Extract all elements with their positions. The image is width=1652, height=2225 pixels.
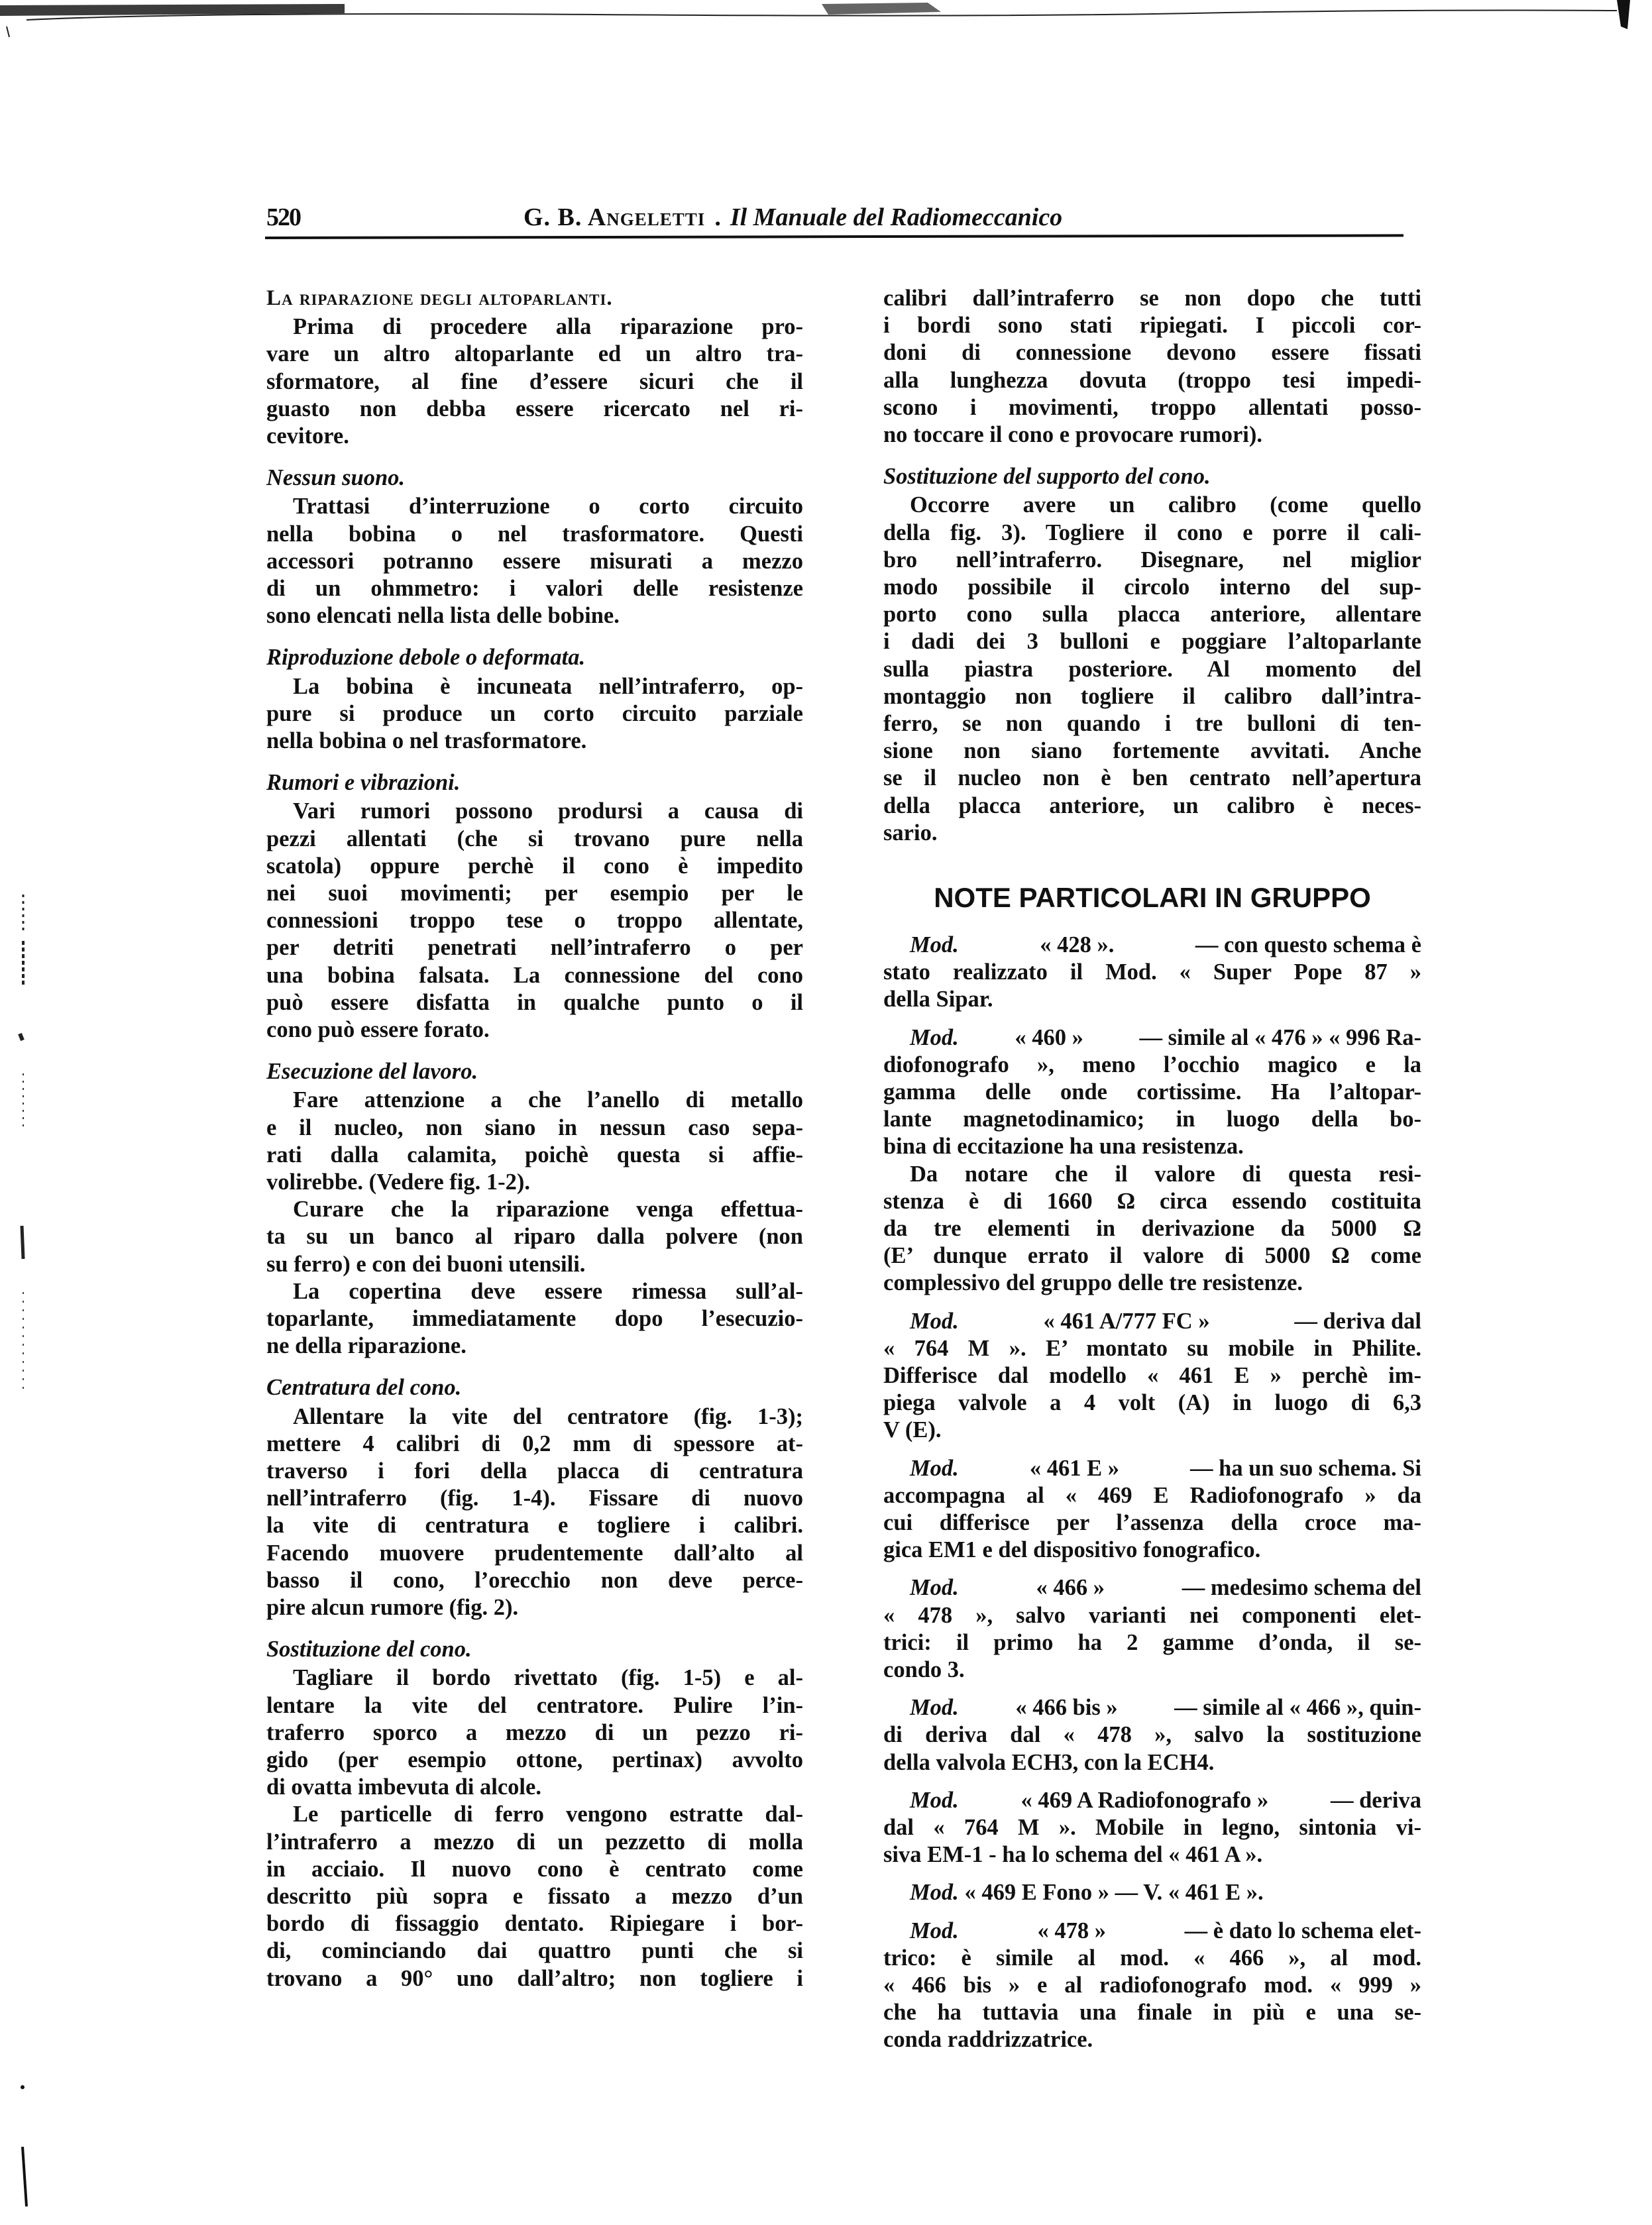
text-line: lentare la vite del centratore. Pulire l… [266,1692,803,1719]
text-line: gamma delle onde cortissime. Ha l’altopa… [883,1079,1421,1106]
text-line: conda raddrizzatrice. [883,2026,1421,2053]
text-line: Da notare che il valore di questa resi- [883,1161,1421,1188]
text-line: dal « 764 M ». Mobile in legno, sintonia… [883,1814,1421,1841]
text-line: traverso i fori della placca di centratu… [266,1458,803,1485]
text-line: bordo di fissaggio dentato. Ripiegare i … [266,1910,803,1937]
text-line: traferro sporco a mezzo di un pezzo ri- [266,1719,803,1747]
text-line: su ferro) e con dei buoni utensili. [266,1251,803,1278]
text-line: stato realizzato il Mod. « Super Pope 87… [883,959,1421,986]
model-number: « 428 ». [1034,932,1115,959]
text-line: i dadi dei 3 bulloni e poggiare l’altopa… [883,628,1421,655]
subsection-heading: Riproduzione debole o deformata. [266,644,803,671]
model-description: — deriva [1325,1787,1421,1814]
text-line: della valvola ECH3, con la ECH4. [883,1749,1421,1776]
model-label: Mod. [910,1787,959,1814]
text-line: Tagliare il bordo rivettato (fig. 1-5) e… [266,1664,803,1692]
text-line: diofonografo », meno l’occhio magico e l… [883,1052,1421,1079]
subsection-heading: Esecuzione del lavoro. [266,1058,803,1085]
text-line: pezzi allentati (che si trovano pure nel… [266,826,803,853]
text-line: mettere 4 calibri di 0,2 mm di spessore … [266,1431,803,1458]
model-description: — medesimo schema del [1176,1574,1421,1601]
text-line: « 466 bis » e al radiofonografo mod. « 9… [883,1972,1421,1999]
model-label: Mod. [910,932,959,959]
text-line: alla lunghezza dovuta (troppo tesi imped… [883,367,1421,394]
section-title: La riparazione degli altoparlanti. [266,285,803,312]
text-line: Le particelle di ferro vengono estratte … [266,1801,803,1828]
author-name: G. B. Angeletti [523,203,705,231]
text-line: ta su un banco al riparo dalla polvere (… [266,1223,803,1250]
text-line: Occorre avere un calibro (come quello [883,492,1421,519]
model-note-first-line: Mod. « 469 A Radiofonografo » — deriva [883,1787,1421,1814]
page-number: 520 [266,203,300,232]
model-label: Mod. [910,1879,959,1906]
text-line: siva EM-1 - ha lo schema del « 461 A ». [883,1841,1421,1869]
text-line: pure si produce un corto circuito parzia… [266,700,803,728]
subsection-heading: Sostituzione del supporto del cono. [883,463,1421,490]
text-line: sione non siano fortemente avvitati. Anc… [883,737,1421,765]
model-label: Mod. [910,1455,959,1482]
model-number: « 469 E Fono » [959,1879,1109,1906]
text-line: cevitore. [266,423,803,450]
text-line: descritto più sopra e fissato a mezzo d’… [266,1883,803,1910]
text-line: di deriva dal « 478 », salvo la sostituz… [883,1721,1421,1749]
text-line: porto cono sulla placca anteriore, allen… [883,601,1421,628]
text-line: da tre elementi in derivazione da 5000 Ω [883,1215,1421,1242]
text-line: la vite di centratura e togliere i calib… [266,1512,803,1539]
text-line: stenza è di 1660 Ω circa essendo costitu… [883,1188,1421,1215]
text-line: l’intraferro a mezzo di un pezzetto di m… [266,1829,803,1856]
text-line: trovano a 90° uno dall’altro; non toglie… [266,1965,803,1992]
text-line: complessivo del gruppo delle tre resiste… [883,1270,1421,1297]
text-line: sario. [883,820,1421,847]
model-label: Mod. [910,1694,959,1721]
model-number: « 469 A Radiofonografo » [1015,1787,1268,1814]
text-line: una bobina falsata. La connessione del c… [266,962,803,989]
model-description: — deriva dal [1289,1308,1421,1335]
header-rule [265,234,1404,239]
text-line: bro nell’intraferro. Disegnare, nel migl… [883,547,1421,574]
text-line: trici: il primo ha 2 gamme d’onda, il se… [883,1629,1421,1656]
text-line: vare un altro altoparlante ed un altro t… [266,341,803,368]
text-line: gido (per esempio ottone, pertinax) avvo… [266,1747,803,1774]
model-description: — simile al « 466 », quin- [1169,1694,1421,1721]
text-line: volirebbe. (Vedere fig. 1-2). [266,1169,803,1196]
running-title: G. B. Angeletti.Il Manuale del Radiomecc… [523,203,1062,232]
text-line: modo possibile il circolo interno del su… [883,574,1421,601]
text-line: nell’intraferro (fig. 1-4). Fissare di n… [266,1485,803,1512]
text-line: accessori potranno essere misurati a mez… [266,548,803,575]
text-line: Fare attenzione a che l’anello di metall… [266,1087,803,1114]
text-line: rati dalla calamita, poichè questa si af… [266,1142,803,1169]
text-line: condo 3. [883,1656,1421,1684]
text-line: di ovatta imbevuta di alcole. [266,1774,803,1801]
text-line: Curare che la riparazione venga effettua… [266,1196,803,1223]
model-note-first-line: Mod. « 466 » — medesimo schema del [883,1574,1421,1601]
text-line: Facendo muovere prudentemente dall’alto … [266,1540,803,1567]
text-line: della placca anteriore, un calibro è nec… [883,792,1421,820]
text-line: sformatore, al fine d’essere sicuri che … [266,368,803,396]
model-note-first-line: Mod. « 466 bis » — simile al « 466 », qu… [883,1694,1421,1721]
text-line: cui differisce per l’assenza della croce… [883,1509,1421,1537]
text-line: doni di connessione devono essere fissat… [883,339,1421,366]
subsection-heading: Sostituzione del cono. [266,1636,803,1663]
model-number: « 466 » [1030,1574,1105,1601]
scan-artifact-top-edge [0,0,1652,40]
text-line: per detriti penetrati nell’intraferro o … [266,934,803,961]
text-line: della Sipar. [883,986,1421,1013]
text-line: può essere disfatta in qualche punto o i… [266,989,803,1016]
subsection-heading: Centratura del cono. [266,1374,803,1401]
model-description: — ha un suo schema. Si [1184,1455,1421,1482]
text-line: sono elencati nella lista delle bobine. [266,602,803,629]
text-line: e il nucleo, non siano in nessun caso se… [266,1114,803,1142]
text-line: Prima di procedere alla riparazione pro- [266,313,803,341]
text-line: Allentare la vite del centratore (fig. 1… [266,1403,803,1431]
model-description: — è dato lo schema elet- [1179,1918,1421,1945]
text-line: guasto non debba essere ricercato nel ri… [266,396,803,423]
text-line: Trattasi d’interruzione o corto circuito [266,493,803,520]
text-line: lante magnetodinamico; in luogo della bo… [883,1106,1421,1133]
text-line: di un ohmmetro: i valori delle resistenz… [266,575,803,602]
model-number: « 466 bis » [1010,1694,1118,1721]
text-line: nella bobina o nel trasformatore. Questi [266,521,803,548]
model-note-first-line: Mod. « 469 E Fono » — V. « 461 E ». [883,1879,1421,1906]
text-line: connessioni troppo tese o troppo allenta… [266,907,803,934]
text-line: (E’ dunque errato il valore di 5000 Ω co… [883,1242,1421,1270]
text-line: toparlante, immediatamente dopo l’esecuz… [266,1305,803,1332]
text-line: che ha tuttavia una finale in più e una … [883,1999,1421,2026]
text-line: scatola) oppure perchè il cono è impedit… [266,853,803,880]
text-line: basso il cono, l’orecchio non deve perce… [266,1567,803,1594]
text-line: ferro, se non quando i tre bulloni di te… [883,710,1421,737]
text-line: sulla piastra posteriore. Al momento del [883,656,1421,683]
text-line: se il nucleo non è ben centrato nell’ape… [883,765,1421,792]
text-line: ne della riparazione. [266,1332,803,1360]
model-note-first-line: Mod. « 478 » — è dato lo schema elet- [883,1918,1421,1945]
text-line: piega valvole a 4 volt (A) in luogo di 6… [883,1389,1421,1417]
model-description: — con questo schema è [1189,932,1421,959]
text-line: in acciaio. Il nuovo cono è centrato com… [266,1856,803,1883]
text-line: cono può essere forato. [266,1016,803,1044]
text-line: montaggio non togliere il calibro dall’i… [883,683,1421,710]
model-note-first-line: Mod. « 460 » — simile al « 476 » « 996 R… [883,1024,1421,1052]
running-header: 520 G. B. Angeletti.Il Manuale del Radio… [265,199,1404,239]
text-line: i bordi sono stati ripiegati. I piccoli … [883,312,1421,339]
model-number: « 460 » [1009,1024,1083,1052]
model-note-first-line: Mod. « 461 E » — ha un suo schema. Si [883,1455,1421,1482]
text-line: scono i movimenti, troppo allentati poss… [883,394,1421,421]
model-label: Mod. [910,1574,959,1601]
book-title: Il Manuale del Radiomeccanico [730,203,1062,231]
model-label: Mod. [910,1308,959,1335]
model-number: « 461 A/777 FC » [1038,1308,1210,1335]
text-line: nei suoi movimenti; per esempio per le [266,880,803,907]
model-label: Mod. [910,1024,959,1052]
model-description: — V. « 461 E ». [1109,1879,1264,1906]
text-line: Differisce dal modello « 461 E » perchè … [883,1362,1421,1389]
scan-artifact-left-edge [0,0,40,2225]
text-line: trico: è simile al mod. « 466 », al mod. [883,1945,1421,1972]
text-line: nella bobina o nel trasformatore. [266,728,803,755]
text-line: bina di eccitazione ha una resistenza. [883,1133,1421,1160]
model-note-first-line: Mod. « 428 ». — con questo schema è [883,932,1421,959]
text-line: « 764 M ». E’ montato su mobile in Phili… [883,1335,1421,1362]
title-separator: . [714,203,721,231]
model-label: Mod. [910,1918,959,1945]
text-line: calibri dall’intraferro se non dopo che … [883,285,1421,312]
text-line: Vari rumori possono prodursi a causa di [266,798,803,825]
text-line: La bobina è incuneata nell’intraferro, o… [266,673,803,700]
text-line: di, cominciando dai quattro punti che si [266,1937,803,1965]
text-line: « 478 », salvo varianti nei componenti e… [883,1602,1421,1629]
text-line: no toccare il cono e provocare rumori). [883,421,1421,449]
model-note-first-line: Mod. « 461 A/777 FC » — deriva dal [883,1308,1421,1335]
text-line: gica EM1 e del dispositivo fonografico. [883,1537,1421,1564]
text-line: pire alcun rumore (fig. 2). [266,1594,803,1621]
text-line: La copertina deve essere rimessa sull’al… [266,1278,803,1305]
model-description: — simile al « 476 » « 996 Ra- [1134,1024,1421,1052]
subsection-heading: Rumori e vibrazioni. [266,769,803,796]
text-line: V (E). [883,1417,1421,1444]
text-line: accompagna al « 469 E Radiofonografo » d… [883,1482,1421,1509]
model-number: « 478 » [1032,1918,1106,1945]
text-line: della fig. 3). Togliere il cono e porre … [883,519,1421,547]
section-heading-note-particolari: NOTE PARTICOLARI IN GRUPPO [883,881,1421,914]
model-number: « 461 E » [1024,1455,1119,1482]
subsection-heading: Nessun suono. [266,464,803,492]
